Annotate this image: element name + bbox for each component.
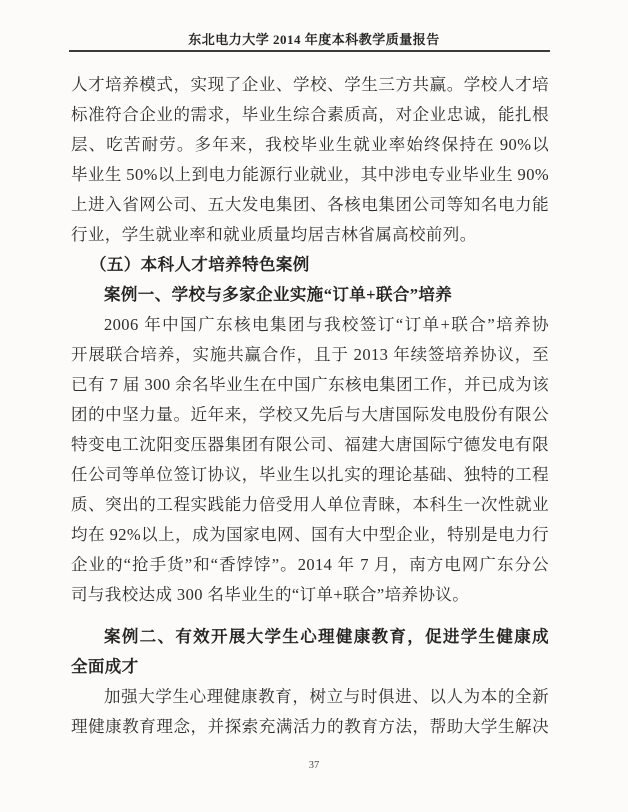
- paragraph-line: 均在 92%以上，成为国家电网、国有大中型企业，特别是电力行业: [71, 520, 549, 550]
- running-header-title: 东北电力大学 2014 年度本科教学质量报告: [0, 29, 628, 48]
- paragraph-line: 质、突出的工程实践能力倍受用人单位青睐，本科生一次性就业率: [71, 490, 549, 520]
- paragraph-line: 任公司等单位签订协议，毕业生以扎实的理论基础、独特的工程素: [71, 460, 549, 490]
- paragraph-line: 理健康教育理念，并探索充满活力的教育方法，帮助大学生解决身: [71, 712, 549, 742]
- paragraph-line: 上进入省网公司、五大发电集团、各核电集团公司等知名电力能源: [71, 190, 549, 220]
- page-footer: 37: [0, 760, 628, 771]
- paragraph-line: 2006 年中国广东核电集团与我校签订“订单+联合”培养协议，: [71, 310, 549, 340]
- paragraph-line: 毕业生 50%以上到电力能源行业就业，其中涉电专业毕业生 90%以: [71, 160, 549, 190]
- paragraph-line: 人才培养模式，实现了企业、学校、学生三方共赢。学校人才培养: [71, 70, 549, 100]
- paragraph-line: 加强大学生心理健康教育，树立与时俱进、以人为本的全新心: [71, 682, 549, 712]
- case2-heading-line: 案例二、有效开展大学生心理健康教育，促进学生健康成长，: [71, 622, 549, 652]
- paragraph-line: 企业的“抢手货”和“香饽饽”。2014 年 7 月，南方电网广东分公: [71, 550, 549, 580]
- paragraph-line: 司与我校达成 300 名毕业生的“订单+联合”培养协议。: [71, 580, 549, 610]
- paragraph-line: 层、吃苦耐劳。多年来，我校毕业生就业率始终保持在 90%以上，: [71, 130, 549, 160]
- document-page: 东北电力大学 2014 年度本科教学质量报告 人才培养模式，实现了企业、学校、学…: [0, 0, 628, 812]
- page-number: 37: [309, 760, 320, 771]
- paragraph-line: 行业，学生就业率和就业质量均居吉林省属高校前列。: [71, 220, 549, 250]
- paragraph-line: 特变电工沈阳变压器集团有限公司、福建大唐国际宁德发电有限责: [71, 430, 549, 460]
- page-content: 人才培养模式，实现了企业、学校、学生三方共赢。学校人才培养 标准符合企业的需求，…: [71, 70, 549, 742]
- case1-heading: 案例一、学校与多家企业实施“订单+联合”培养: [71, 280, 549, 310]
- paragraph-line: 开展联合培养，实施共赢合作，且于 2013 年续签培养协议，至今: [71, 340, 549, 370]
- case2-heading-line: 全面成才: [71, 652, 549, 682]
- paragraph-line: 标准符合企业的需求，毕业生综合素质高，对企业忠诚，能扎根基: [71, 100, 549, 130]
- paragraph-line: 团的中坚力量。近年来，学校又先后与大唐国际发电股份有限公司、: [71, 400, 549, 430]
- section-heading: （五）本科人才培养特色案例: [71, 250, 549, 280]
- header-rule: [69, 50, 550, 52]
- paragraph-line: 已有 7 届 300 余名毕业生在中国广东核电集团工作，并已成为该集: [71, 370, 549, 400]
